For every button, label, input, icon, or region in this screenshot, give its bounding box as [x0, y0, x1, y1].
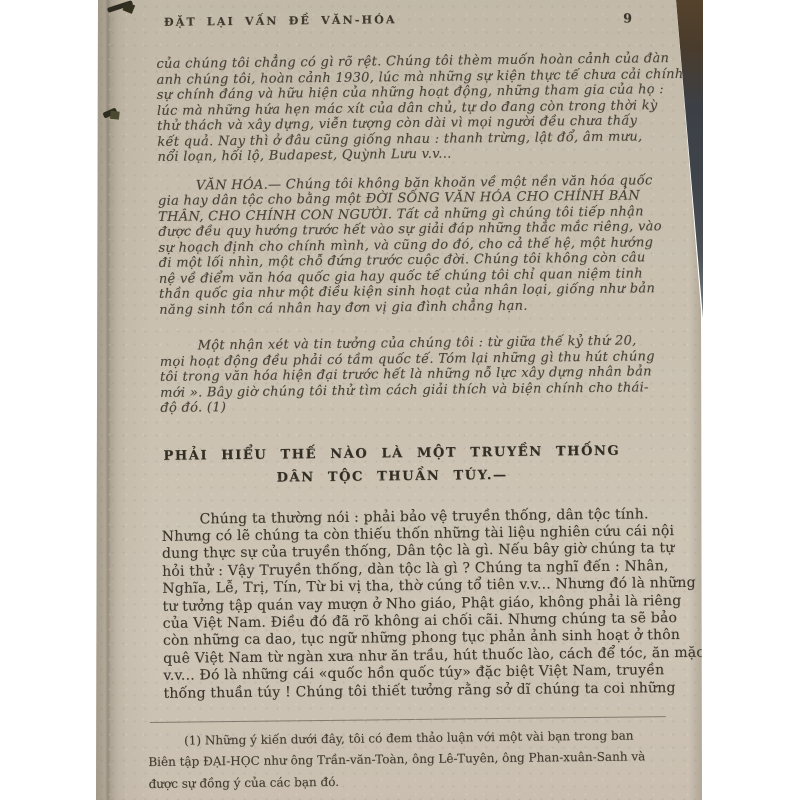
page-number: 9 — [623, 10, 632, 25]
paragraph-1: của chúng tôi chẳng có gì rõ rệt. Chúng … — [156, 51, 663, 165]
footnote-separator — [150, 716, 666, 723]
page-content: ĐẶT LẠI VẤN ĐỀ VĂN-HÓA 9 của chúng tôi c… — [156, 0, 671, 795]
binding-stitch-middle — [102, 107, 117, 118]
footnote: (1) Những ý kiến dưới đây, tôi có đem th… — [148, 725, 683, 796]
photo-background: ĐẶT LẠI VẤN ĐỀ VĂN-HÓA 9 của chúng tôi c… — [0, 0, 800, 800]
book-page: ĐẶT LẠI VẤN ĐỀ VĂN-HÓA 9 của chúng tôi c… — [96, 0, 703, 800]
paragraph-4: Chúng ta thường nói : phải bảo vệ truyền… — [161, 506, 669, 703]
page-header: ĐẶT LẠI VẤN ĐỀ VĂN-HÓA 9 — [156, 10, 662, 31]
paragraph-2: VĂN HÓA.— Chúng tôi không băn khoăn về m… — [158, 173, 666, 318]
paragraph-3: Một nhận xét và tin tưởng của chúng tôi … — [160, 333, 667, 416]
running-title: ĐẶT LẠI VẤN ĐỀ VĂN-HÓA — [164, 13, 397, 29]
binding-stitch-top — [107, 0, 133, 13]
section-heading: PHẢI HIỂU THẾ NÀO LÀ MỘT TRUYỀN THỐNG DÂ… — [139, 439, 645, 491]
